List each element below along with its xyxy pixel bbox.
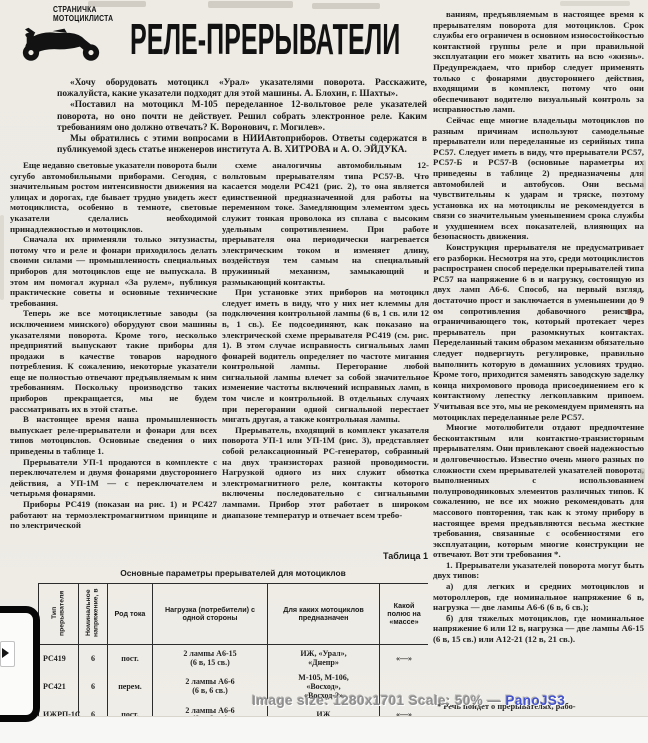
scan-noise <box>208 1 293 8</box>
intro-paragraph: «Поставил на мотоцикл М-105 переделанное… <box>57 100 427 134</box>
cell-load: 2 лампы А6-6 (6 в, 6 св.) <box>153 673 268 701</box>
magazine-page-scan[interactable]: СТРАНИЧКА МОТОЦИКЛИСТА РЕЛЕ-ПРЕРЫВАТЕЛИ … <box>0 0 648 717</box>
page-title: РЕЛЕ-ПРЕРЫВАТЕЛИ <box>130 20 400 60</box>
motorcycle-icon <box>18 26 104 62</box>
cell-load: 2 лампы А6-6 (6 в, 6 св.) <box>153 701 268 716</box>
article-column-1: Еще недавно световые указатели поворота … <box>10 160 217 552</box>
paragraph: Прерыватель, входящий в комплект указате… <box>222 425 429 520</box>
paragraph: В настоящее время наша промышленность вы… <box>10 414 217 456</box>
cell-motorcycles: ИЖ, «Урал», «Днепр» <box>268 645 380 674</box>
table-row: РС419 6 пост. 2 лампы А6-15 (6 в, 15 св.… <box>39 645 429 674</box>
paragraph: Многие мотолюбители отдают предпочтение … <box>433 422 644 560</box>
col-header-type: Тип прерывателя <box>39 584 79 645</box>
cell-current: перем. <box>108 673 153 701</box>
col-header-current: Род тока <box>108 584 153 645</box>
cell-current: пост. <box>108 645 153 674</box>
article-column-2: схеме аналогичны автомобильным 12-вольто… <box>222 160 429 556</box>
scan-noise <box>312 3 380 9</box>
paragraph: Теперь же все мотоциклетные заводы (за и… <box>10 308 217 414</box>
cell-type: РС419 <box>39 645 79 674</box>
paragraph: схеме аналогичны автомобильным 12-вольто… <box>222 160 429 287</box>
rubric-header: СТРАНИЧКА МОТОЦИКЛИСТА <box>53 5 113 23</box>
rubric-line2: МОТОЦИКЛИСТА <box>53 14 113 23</box>
panojs-link[interactable]: PanoJS3 <box>505 693 565 708</box>
paragraph: Сейчас еще многие владельцы мотоциклов п… <box>433 115 644 242</box>
paragraph: 1. Прерыватели указателей поворота могут… <box>433 560 644 581</box>
paragraph: Сначала их применяли только энтузиасты, … <box>10 234 217 308</box>
cell-voltage: 6 <box>79 645 108 674</box>
paragraph: а) для легких и средних мотоциклов и мот… <box>433 581 644 613</box>
col-header-motorcycles: Для каких мотоциклов предназначен <box>268 584 380 645</box>
viewer-watermark: Image size: 1280x1701 Scale: 50% — PanoJ… <box>252 693 565 708</box>
paragraph: ваниям, предъявляемым в настоящее время … <box>433 9 644 115</box>
intro-letters: «Хочу оборудовать мотоцикл «Урал» указат… <box>57 78 427 156</box>
viewer-stage: СТРАНИЧКА МОТОЦИКЛИСТА РЕЛЕ-ПРЕРЫВАТЕЛИ … <box>0 0 648 743</box>
cell-voltage: 6 <box>79 701 108 716</box>
scan-noise <box>0 215 4 300</box>
cell-voltage: 6 <box>79 673 108 701</box>
article-column-3: ваниям, предъявляемым в настоящее время … <box>433 9 644 699</box>
watermark-separator: — <box>487 693 501 708</box>
paragraph: б) для тяжелых мотоциклов, где номинальн… <box>433 613 644 645</box>
col-header-load: Нагрузка (потребители) с одной стороны <box>153 584 268 645</box>
watermark-text: Image size: 1280x1701 Scale: 50% <box>252 693 483 708</box>
col-header-voltage: Номинальное напряжение, в <box>79 584 108 645</box>
scan-noise <box>640 468 645 480</box>
pan-right-button[interactable] <box>0 641 15 667</box>
paragraph: Конструкция прерывателя не предусматрива… <box>433 242 644 422</box>
table-caption: Основные параметры прерывателей для мото… <box>38 568 428 578</box>
scan-noise <box>642 160 646 190</box>
paragraph: Приборы РС419 (показан на рис. 1) и РС42… <box>10 499 217 531</box>
scan-noise <box>88 1 146 7</box>
cell-pole: «—» <box>380 645 429 674</box>
paragraph: Еще недавно световые указатели поворота … <box>10 160 217 234</box>
table-header-row: Тип прерывателя Номинальное напряжение, … <box>39 584 429 645</box>
scan-noise <box>560 1 630 6</box>
cell-type: РС421 <box>39 673 79 701</box>
col-header-pole: Какой полюс на «массе» <box>380 584 429 645</box>
intro-paragraph: «Хочу оборудовать мотоцикл «Урал» указат… <box>57 78 427 100</box>
cell-load: 2 лампы А6-15 (6 в, 15 св.) <box>153 645 268 674</box>
intro-paragraph: Мы обратились с этими вопросами в НИИАвт… <box>57 134 427 156</box>
paragraph: Прерыватели УП-1 продаются в комплекте с… <box>10 457 217 499</box>
cell-type: ИЖРП-1С <box>39 701 79 716</box>
cell-current: пост. <box>108 701 153 716</box>
table-number-label: Таблица 1 <box>336 551 428 561</box>
paragraph: При установке этих приборов на мотоцикл … <box>222 287 429 425</box>
scan-noise <box>627 309 632 315</box>
right-arrow-icon <box>2 648 9 658</box>
